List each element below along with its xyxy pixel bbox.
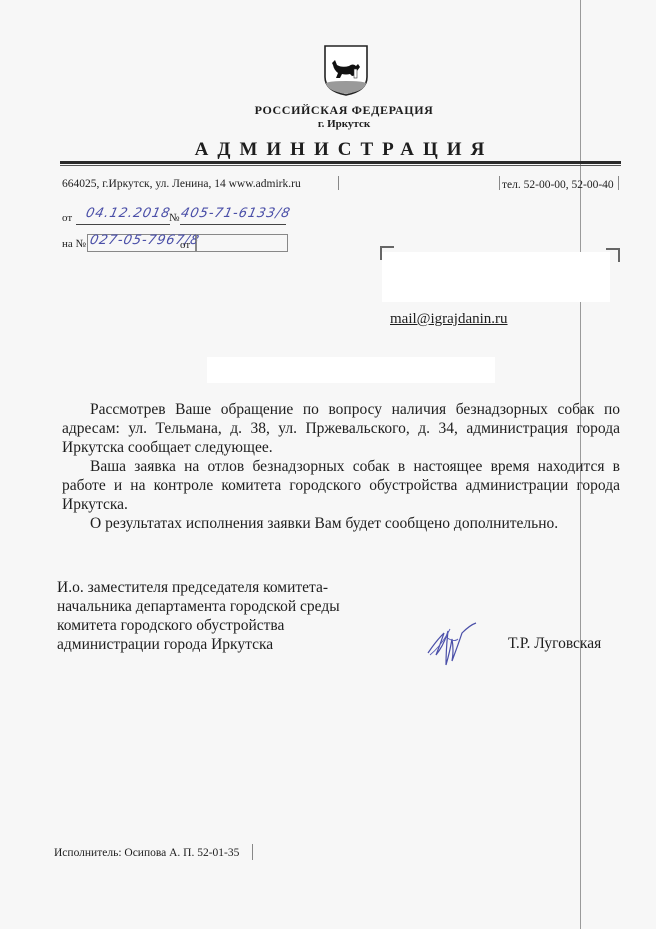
field-underline (76, 224, 170, 225)
body-paragraph: Ваша заявка на отлов безнадзорных собак … (62, 457, 620, 514)
signer-title-line: И.о. заместителя председателя комитета- (57, 578, 340, 597)
recipient-email: mail@igrajdanin.ru (390, 311, 508, 328)
redacted-recipient (382, 252, 610, 302)
address-line: 664025, г.Иркутск, ул. Ленина, 14 www.ad… (62, 178, 301, 190)
city-heading: г. Иркутск (190, 118, 498, 130)
header-rule-thin (60, 165, 621, 166)
outgoing-number: 405-71-6133/8 (179, 206, 292, 221)
divider (252, 844, 253, 860)
signer-title-line: администрации города Иркутска (57, 635, 340, 654)
from-label: от (62, 212, 72, 224)
phone-line: тел. 52-00-00, 52-00-40 (502, 179, 614, 191)
signer-title-line: комитета городского обустройства (57, 616, 340, 635)
country-heading: РОССИЙСКАЯ ФЕДЕРАЦИЯ (190, 103, 498, 118)
signer-title: И.о. заместителя председателя комитета- … (57, 578, 340, 654)
body-paragraph: Рассмотрев Ваше обращение по вопросу нал… (62, 400, 620, 457)
reply-from-box (196, 234, 288, 252)
signer-name: Т.Р. Луговская (508, 635, 601, 653)
reply-from-label: от (180, 239, 190, 251)
organization-heading: АДМИНИСТРАЦИЯ (190, 139, 498, 161)
coat-of-arms-icon (322, 43, 370, 97)
field-underline (180, 224, 286, 225)
body-paragraph: О результатах исполнения заявки Вам буде… (62, 514, 620, 533)
outgoing-date: 04.12.2018 (84, 206, 172, 221)
header-rule (60, 161, 621, 164)
redacted-salutation (207, 357, 495, 383)
handwritten-signature-icon (424, 615, 480, 675)
divider (338, 176, 339, 190)
executor-line: Исполнитель: Осипова А. П. 52-01-35 (54, 847, 239, 859)
letter-body: Рассмотрев Ваше обращение по вопросу нал… (62, 400, 620, 533)
reply-to-label: на № (62, 238, 86, 250)
divider (499, 176, 500, 190)
divider (618, 176, 619, 190)
number-label: № (169, 212, 180, 224)
signer-title-line: начальника департамента городской среды (57, 597, 340, 616)
